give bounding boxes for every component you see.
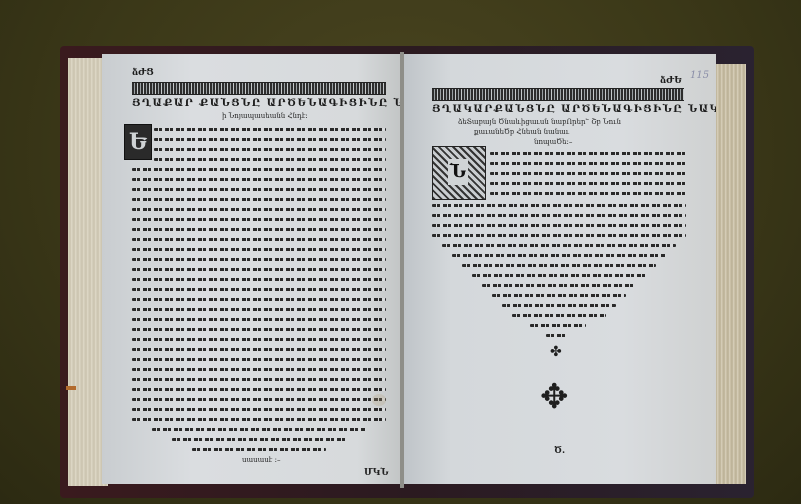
text-line bbox=[192, 448, 326, 451]
paper-stain bbox=[372, 394, 386, 406]
drop-cap-left: Ե bbox=[124, 124, 152, 160]
right-heading: ՅՂԱԿԱՐՔԱՆՑՆԸ ԱՐԾԵՆԱԳԻՑԻՆԸ ՆԱԿԸՆ. bbox=[432, 104, 716, 115]
text-line bbox=[502, 304, 616, 307]
text-line bbox=[154, 148, 386, 151]
text-line bbox=[132, 288, 386, 291]
right-folio: ձԺԵ bbox=[660, 76, 682, 86]
text-line bbox=[432, 224, 686, 227]
text-line bbox=[132, 308, 386, 311]
text-line bbox=[546, 334, 568, 337]
text-line bbox=[132, 328, 386, 331]
text-line bbox=[132, 228, 386, 231]
text-line bbox=[432, 234, 686, 237]
right-subheading-3: նոպաԾե։– bbox=[534, 138, 572, 146]
text-line bbox=[490, 192, 686, 195]
text-line bbox=[152, 428, 366, 431]
text-line bbox=[132, 378, 386, 381]
text-line bbox=[154, 128, 386, 131]
text-line bbox=[132, 238, 386, 241]
text-line bbox=[132, 208, 386, 211]
text-line bbox=[132, 298, 386, 301]
text-line bbox=[132, 188, 386, 191]
text-line bbox=[132, 278, 386, 281]
text-line bbox=[492, 294, 626, 297]
ornament-band bbox=[432, 88, 684, 101]
text-line bbox=[172, 438, 346, 441]
text-line bbox=[512, 314, 606, 317]
pencil-page-number: 115 bbox=[690, 70, 709, 81]
signature-mark: Ծ. bbox=[554, 446, 565, 456]
text-line bbox=[432, 204, 686, 207]
text-line bbox=[132, 248, 386, 251]
right-page: ձԺԵ 115 ՅՂԱԿԱՐՔԱՆՑՆԸ ԱՐԾԵՆԱԳԻՑԻՆԸ ՆԱԿԸՆ.… bbox=[404, 54, 716, 484]
closing-line: սասասէ ։– bbox=[242, 456, 280, 464]
text-line bbox=[132, 358, 386, 361]
text-line bbox=[490, 172, 686, 175]
text-line bbox=[490, 182, 686, 185]
text-line bbox=[462, 264, 656, 267]
open-book: ձԺՑ ՅՂԱՔԱՐ ՔԱՆՑՆԸ ԱՐԾԵՆԱԳԻՑԻՆԸ ՆԱԿԸ ի Նո… bbox=[60, 46, 754, 498]
text-line bbox=[432, 214, 686, 217]
text-line bbox=[132, 218, 386, 221]
right-subheading-1: ձեՏաբայն Ծնաևիցաւսն նաբՈրեր՟ Շբ Նուն bbox=[458, 118, 621, 126]
text-line bbox=[132, 198, 386, 201]
text-line bbox=[132, 338, 386, 341]
right-subheading-2: քաւանեԾբ Հնեան նանաւ bbox=[474, 128, 569, 136]
text-line bbox=[132, 348, 386, 351]
text-line bbox=[132, 418, 386, 421]
text-line bbox=[154, 158, 386, 161]
text-line bbox=[132, 168, 386, 171]
text-line bbox=[452, 254, 666, 257]
left-folio: ձԺՑ bbox=[132, 68, 154, 78]
left-heading: ՅՂԱՔԱՐ ՔԱՆՑՆԸ ԱՐԾԵՆԱԳԻՑԻՆԸ ՆԱԿԸ bbox=[132, 98, 402, 109]
text-line bbox=[472, 274, 646, 277]
text-line bbox=[482, 284, 636, 287]
catchword: ՄԿՆ bbox=[364, 468, 389, 478]
ornament-band bbox=[132, 82, 386, 95]
text-line bbox=[490, 162, 686, 165]
text-line bbox=[154, 138, 386, 141]
text-line bbox=[490, 152, 686, 155]
small-fleuron-ornament: ✤ bbox=[550, 344, 562, 360]
left-page: ձԺՑ ՅՂԱՔԱՐ ՔԱՆՑՆԸ ԱՐԾԵՆԱԳԻՑԻՆԸ ՆԱԿԸ ի Նո… bbox=[102, 54, 402, 484]
text-line bbox=[132, 398, 386, 401]
drop-cap-letter: Ն bbox=[448, 159, 468, 185]
text-line bbox=[132, 258, 386, 261]
text-line bbox=[132, 388, 386, 391]
bookmark-ribbon bbox=[66, 386, 76, 390]
large-cross-ornament: ✥ bbox=[540, 380, 569, 414]
text-line bbox=[132, 318, 386, 321]
text-line bbox=[132, 368, 386, 371]
left-subheading: ի Նոյապասեանն Հնդէ։ bbox=[222, 112, 308, 120]
drop-cap-right: Ն bbox=[432, 146, 486, 200]
text-line bbox=[442, 244, 676, 247]
text-line bbox=[132, 268, 386, 271]
text-line bbox=[530, 324, 586, 327]
text-line bbox=[132, 178, 386, 181]
text-line bbox=[132, 408, 386, 411]
